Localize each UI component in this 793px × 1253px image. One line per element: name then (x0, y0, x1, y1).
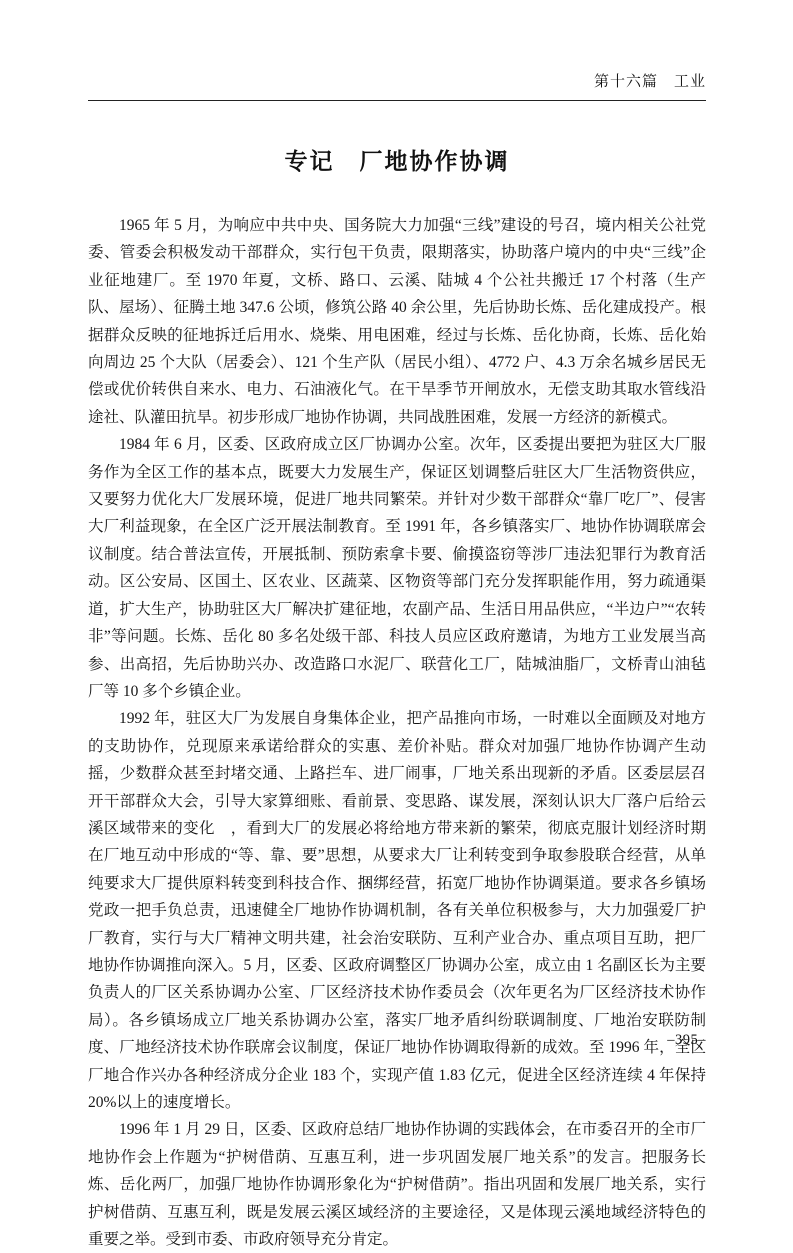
page-number: –395– (667, 1032, 706, 1049)
paragraph-2: 1984 年 6 月，区委、区政府成立区厂协调办公室。次年，区委提出要把为驻区大… (88, 431, 706, 705)
header-rule (88, 100, 706, 101)
body-text: 1965 年 5 月，为响应中共中央、国务院大力加强“三线”建设的号召，境内相关… (88, 212, 706, 1253)
paragraph-3: 1992 年，驻区大厂为发展自身集体企业，把产品推向市场，一时难以全面顾及对地方… (88, 705, 706, 1116)
page-title: 专记 厂地协作协调 (88, 143, 706, 176)
document-page: 第十六篇 工业 专记 厂地协作协调 1965 年 5 月，为响应中共中央、国务院… (88, 0, 706, 1122)
running-head: 第十六篇 工业 (88, 0, 706, 91)
paragraph-4: 1996 年 1 月 29 日，区委、区政府总结厂地协作协调的实践体会，在市委召… (88, 1116, 706, 1253)
paragraph-1: 1965 年 5 月，为响应中共中央、国务院大力加强“三线”建设的号召，境内相关… (88, 212, 706, 431)
